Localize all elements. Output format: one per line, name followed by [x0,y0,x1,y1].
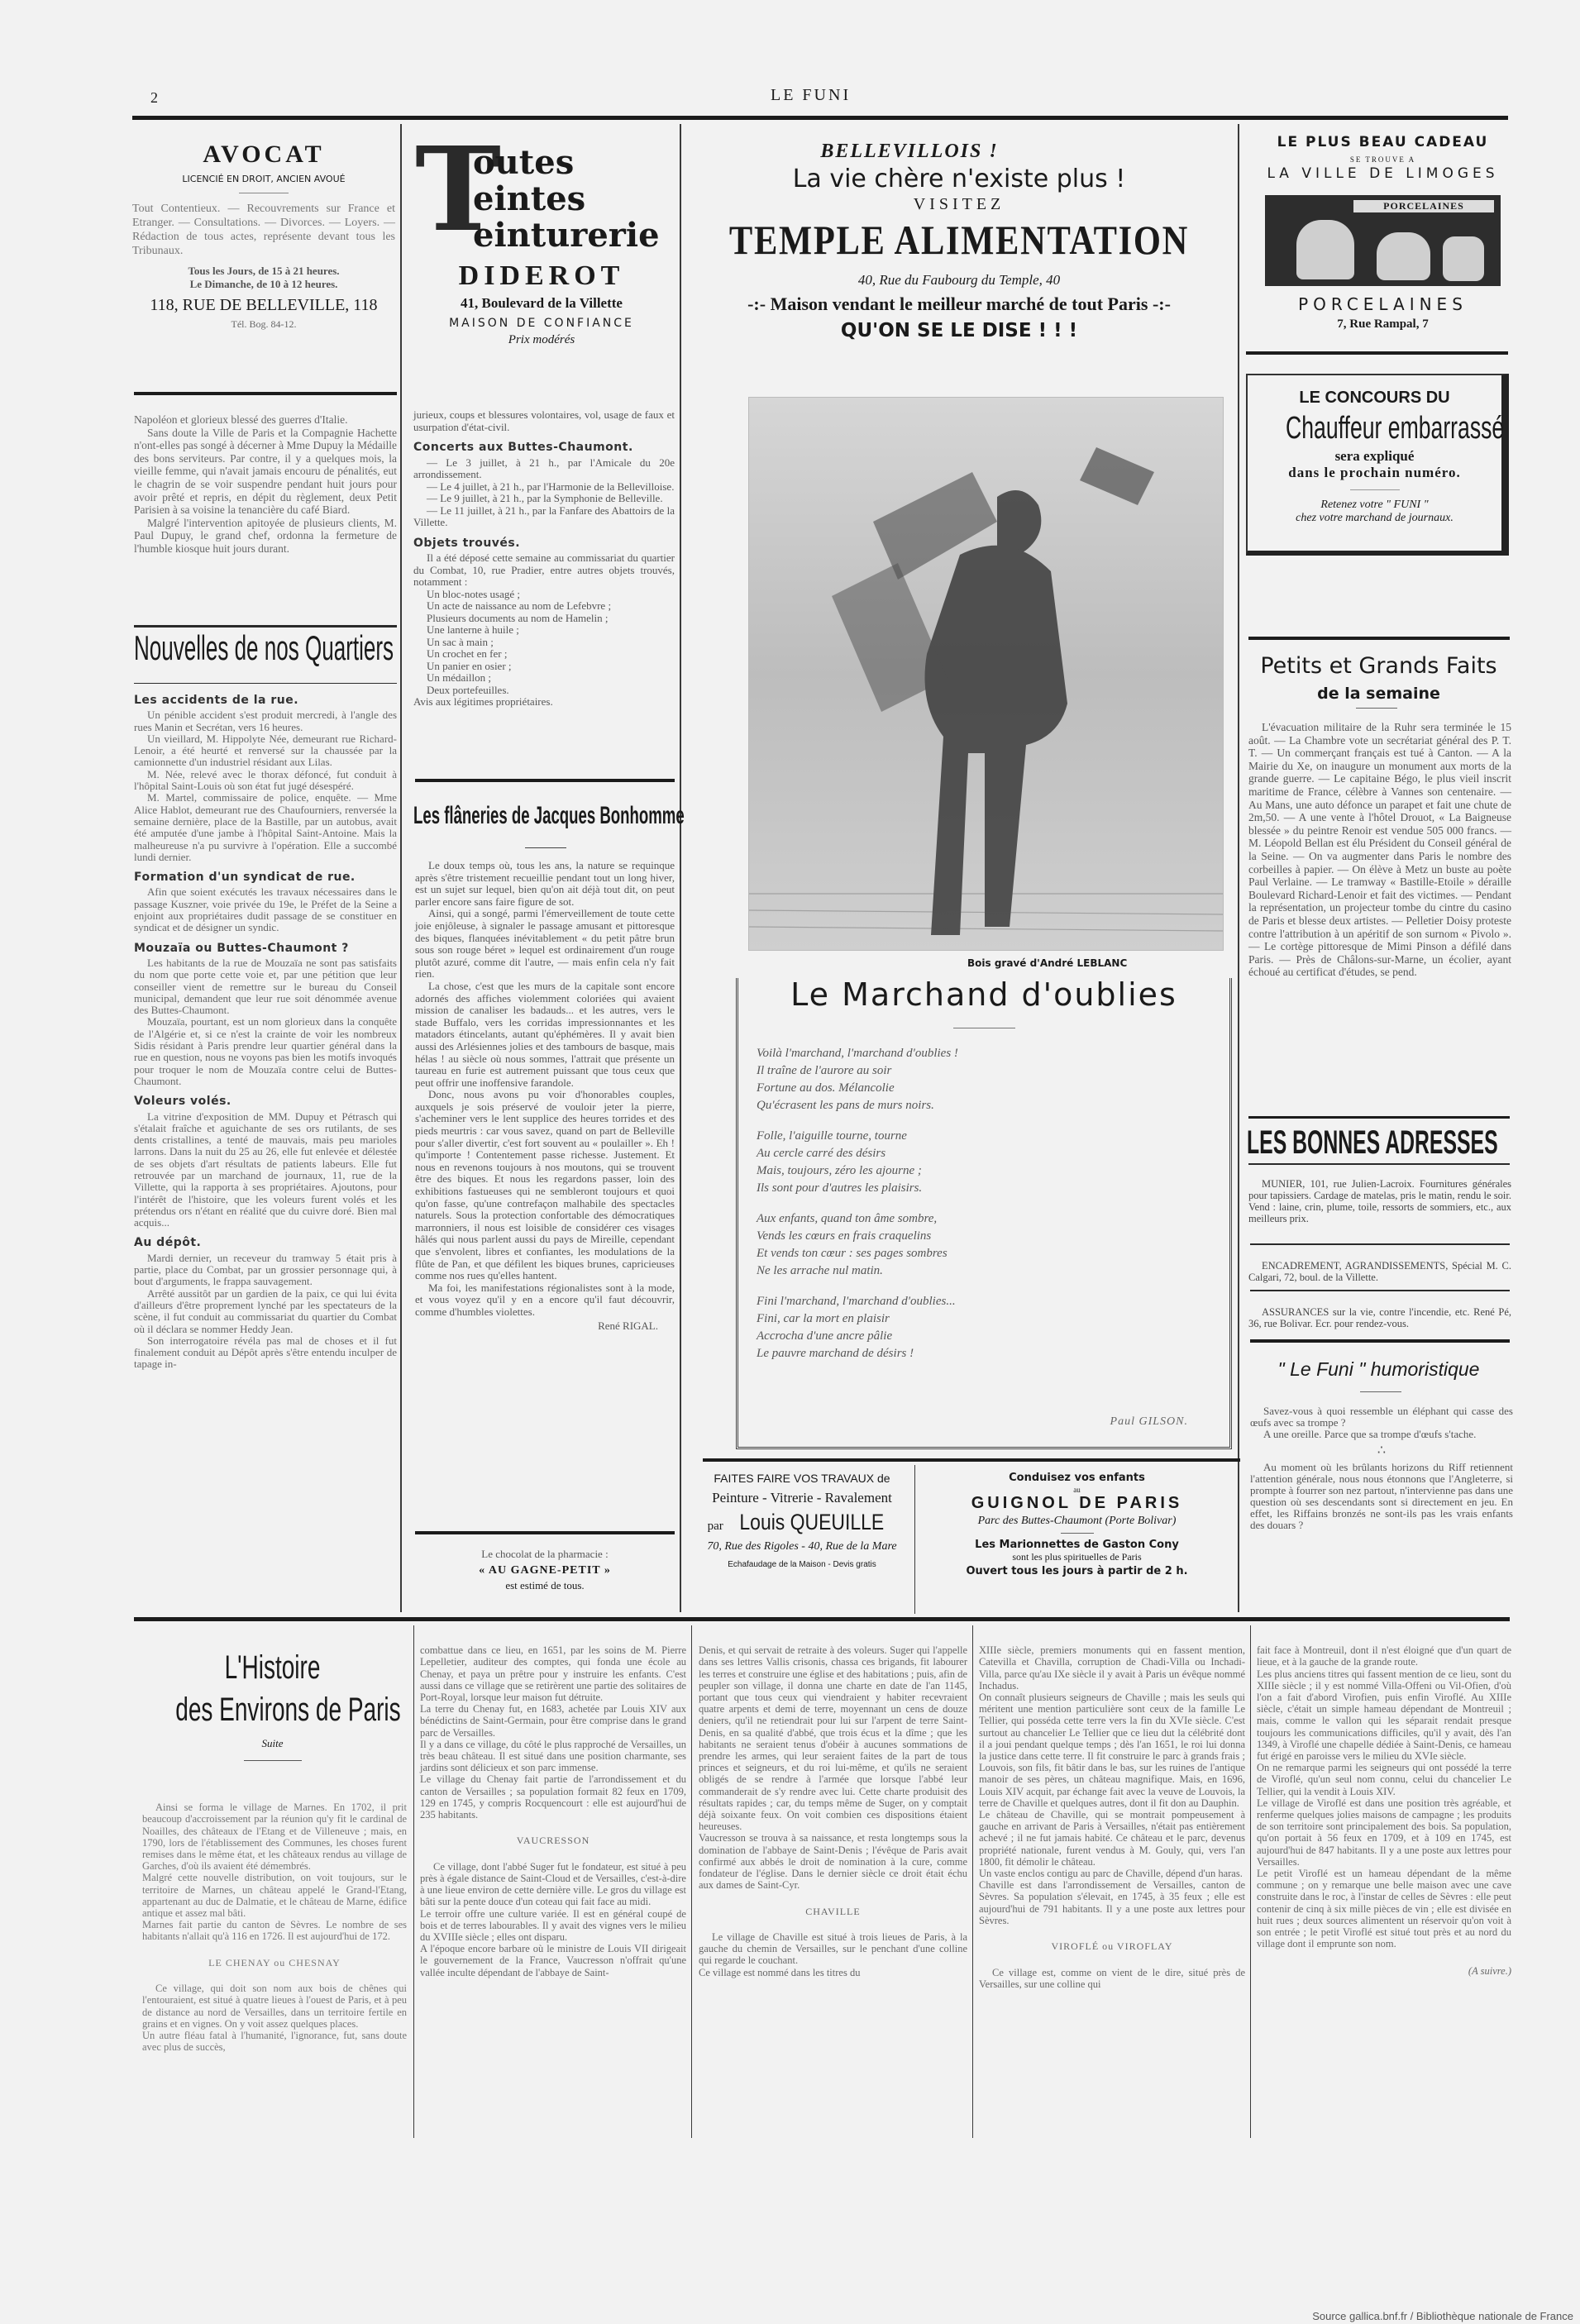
paragraph: Denis, et qui servait de retraite à des … [699,1644,967,1891]
paragraph: Afin que soient exécutés les travaux néc… [134,886,397,933]
adresse-text: ASSURANCES sur la vie, contre l'incendie… [1248,1306,1511,1329]
limoges-line-3: LA VILLE DE LIMOGES [1240,165,1525,182]
woodcut-illustration [748,397,1224,951]
column-divider [680,124,681,1612]
teinturerie-address: 41, Boulevard de la Villette [405,295,678,312]
poem-stanza: Aux enfants, quand ton âme sombre, Vends… [757,1210,1229,1280]
subheading: Les accidents de la rue. [134,694,397,706]
queuille-line-1: FAITES FAIRE VOS TRAVAUX de [690,1472,914,1485]
section-rule [1248,637,1510,640]
limoges-ad: LE PLUS BEAU CADEAU SE TROUVE A LA VILLE… [1240,134,1525,332]
section-rule [415,779,675,782]
paragraph: La chose, c'est que les murs de la capit… [415,981,675,1089]
concours-line-3: dans le prochain numéro. [1248,465,1501,481]
poem-line: Folle, l'aiguille tourne, tourne [757,1128,1229,1145]
teinturerie-line-1: outes [473,145,660,181]
divider [1061,1533,1094,1534]
nouvelles-title: Nouvelles de nos Quartiers [134,628,397,668]
poem-line: Et vends ton cœur : ses pages sombres [757,1245,1229,1262]
concours-box: LE CONCOURS DU Chauffeur embarrassé sera… [1246,374,1509,556]
histoire-column-3: Denis, et qui servait de retraite à des … [699,1633,967,1990]
poem-line: Il traîne de l'aurore au soir [757,1062,1229,1080]
avocat-ad: AVOCAT LICENCIÉ EN DROIT, ANCIEN AVOUÉ T… [132,141,395,331]
temple-slogan: -:- Maison vendant le meilleur marché de… [686,293,1232,315]
porcelain-image: PORCELAINES [1265,195,1501,286]
column-divider [1238,124,1239,1612]
newspaper-page: 2 LE FUNI AVOCAT LICENCIÉ EN DROIT, ANCI… [0,0,1580,2324]
section-rule [1250,1243,1510,1245]
histoire-column-4: XIIIe siècle, premiers monuments qui en … [979,1633,1245,2002]
section-rule [415,1531,675,1534]
poem-line: Au cercle carré des désirs [757,1145,1229,1162]
poem-line: Le pauvre marchand de désirs ! [757,1345,1229,1362]
poem-line: Qu'écrasent les pans de murs noirs. [757,1097,1229,1114]
sugar-bowl-icon [1377,232,1430,280]
poem-line: Accrocha d'une ancre pâlie [757,1328,1229,1345]
concert-item: — Le 4 juillet, à 21 h., par l'Harmonie … [413,481,675,494]
section-rule [1250,1339,1510,1343]
flaneries-body: Le doux temps où, tous les ans, la natur… [415,860,675,1332]
column-divider [914,1465,915,1614]
column-divider [1250,1625,1251,2138]
paragraph: Les habitants de la rue de Mouzaïa ne so… [134,957,397,1016]
flaneries-title: Les flâneries de Jacques Bonhomme [413,802,678,830]
merchant-figure-icon [749,398,1224,951]
adresse-text: MUNIER, 101, rue Julien-Lacroix. Fournit… [1248,1178,1511,1224]
teinturerie-prices: Prix modérés [405,333,678,347]
paragraph: Ce village, dont l'abbé Suger fut le fon… [420,1861,686,1978]
chocolat-ad: Le chocolat de la pharmacie : « AU GAGNE… [415,1548,675,1592]
petits-faits-body: L'évacuation militaire de la Ruhr sera t… [1248,721,1511,979]
queuille-address: 70, Rue des Rigoles - 40, Rue de la Mare [690,1540,914,1553]
section-rule [1246,351,1508,355]
paragraph: Mardi dernier, un receveur du tramway 5 … [134,1253,397,1288]
to-be-continued: (A suivre.) [1257,1965,1511,1977]
limoges-line-2: SE TROUVE A [1240,155,1525,164]
header-rule [132,116,1508,120]
queuille-name: Louis QUEUILLE [739,1510,884,1535]
teinturerie-name: DIDEROT [405,260,678,292]
divider [1360,1391,1401,1392]
divider [239,193,289,193]
porcelain-label: PORCELAINES [1353,200,1494,212]
paragraph: Il a été déposé cette semaine au commiss… [413,552,675,589]
paragraph: Ainsi se forma le village de Marnes. En … [142,1801,407,1942]
concert-item: — Le 11 juillet, à 21 h., par la Fanfare… [413,505,675,529]
humor-title: " Le Funi " humoristique [1244,1358,1513,1381]
section-rule [134,1617,1510,1621]
poem-line: Ils sont pour d'autres les plaisirs. [757,1180,1229,1197]
section-rule [134,683,397,684]
found-object-item: Plusieurs documents au nom de Hamelin ; [413,613,675,625]
petits-faits-title: Petits et Grands Faits [1244,653,1513,679]
paragraph: Le doux temps où, tous les ans, la natur… [415,860,675,908]
chocolat-name: « AU GAGNE-PETIT » [415,1564,675,1577]
paragraph: Son interrogatoire révéla pas mal de cho… [134,1335,397,1371]
adresse-2: ENCADREMENT, AGRANDISSEMENTS, Spécial M.… [1248,1260,1511,1283]
guignol-ad: Conduisez vos enfants au GUIGNOL DE PARI… [918,1472,1236,1577]
histoire-suite: Suite [134,1737,411,1750]
subheading: Concerts aux Buttes-Chaumont. [413,441,675,454]
humor-joke-2: Au moment où les brûlants horizons du Ri… [1250,1462,1513,1531]
guignol-hours: Ouvert tous les jours à partir de 2 h. [918,1565,1236,1577]
subheading: Au dépôt. [134,1237,397,1248]
temple-name: TEMPLE ALIMENTATION [728,216,1191,264]
histoire-column-5: fait face à Montreuil, dont il n'est élo… [1257,1633,1511,1988]
paragraph: Sans doute la Ville de Paris et la Compa… [134,427,397,517]
found-object-item: Deux portefeuilles. [413,685,675,697]
paragraph: Malgré l'intervention apitoyée de plusie… [134,517,397,556]
teinturerie-line-2: eintes [473,181,660,217]
histoire-title: L'Histoire des Environs de Paris Suite [134,1649,411,1761]
queuille-footer: Echafaudage de la Maison - Devis gratis [690,1560,914,1569]
avocat-hours-1: Tous les Jours, de 15 à 21 heures. [132,265,395,278]
bonnes-adresses-title: LES BONNES ADRESSES [1247,1124,1511,1162]
paragraph: Avis aux légitimes propriétaires. [413,696,675,709]
found-object-item: Un crochet en fer ; [413,648,675,661]
page-number: 2 [150,89,158,107]
concours-title: Chauffeur embarrassé [1286,411,1463,446]
column-2: jurieux, coups et blessures volontaires,… [413,409,675,709]
queuille-name-row: par Louis QUEUILLE [690,1510,914,1535]
histoire-column-2: combattue dans ce lieu, en 1651, par les… [420,1633,686,1990]
found-object-item: Une lanterne à huile ; [413,624,675,637]
bonnes-adresses-title-text: LES BONNES ADRESSES [1247,1124,1411,1162]
subheading: Objets trouvés. [413,537,675,550]
poem-stanza: Folle, l'aiguille tourne, tourne Au cerc… [757,1128,1229,1197]
paragraph: Ma foi, les manifestations régionalistes… [415,1282,675,1319]
flaneries-title-text: Les flâneries de Jacques Bonhomme [413,802,577,830]
avocat-address: 118, RUE DE BELLEVILLE, 118 [132,296,395,315]
teapot-icon [1296,220,1354,279]
poem-line: Fortune au dos. Mélancolie [757,1080,1229,1097]
poem-title: Le Marchand d'oublies [738,976,1229,1013]
chocolat-line-1: Le chocolat de la pharmacie : [415,1548,675,1561]
temple-line-2: La vie chère n'existe plus ! [686,165,1232,193]
limoges-address: 7, Rue Rampal, 7 [1240,317,1525,332]
nouvelles-title-text: Nouvelles de nos Quartiers [134,628,297,668]
petits-faits-text: L'évacuation militaire de la Ruhr sera t… [1248,721,1511,979]
avocat-hours-2: Le Dimanche, de 10 à 12 heures. [132,278,395,291]
humor-joke-1: Savez-vous à quoi ressemble un éléphant … [1250,1405,1513,1429]
paragraph: Ce village, qui doit son nom aux bois de… [142,1983,407,2053]
paragraph: fait face à Montreuil, dont il n'est élo… [1257,1644,1511,1949]
concours-footer-1: Retenez votre " FUNI " [1248,499,1501,512]
histoire-column-1: Ainsi se forma le village de Marnes. En … [142,1790,407,2065]
poem-author: Paul GILSON. [1110,1415,1188,1429]
found-object-item: Un sac à main ; [413,637,675,649]
section-rule [1250,1290,1510,1291]
paragraph: Un vieillard, M. Hippolyte Née, demeuran… [134,733,397,769]
temple-closing: QU'ON SE LE DISE ! ! ! [686,320,1232,341]
subheading: Formation d'un syndicat de rue. [134,871,397,883]
avocat-subtitle: LICENCIÉ EN DROIT, ANCIEN AVOUÉ [132,174,395,184]
section-rule [703,1458,1240,1462]
found-object-item: Un bloc-notes usagé ; [413,589,675,601]
column-1-news: Les accidents de la rue. Un pénible acci… [134,694,397,1371]
concert-item: — Le 3 juillet, à 21 h., par l'Amicale d… [413,457,675,481]
separator-dots: ∴ [1250,1445,1513,1457]
adresse-1: MUNIER, 101, rue Julien-Lacroix. Fournit… [1248,1178,1511,1224]
teinturerie-line-3: einturerie [473,217,660,254]
humor-joke-1-answer: A une oreille. Parce que sa trompe d'œuf… [1250,1429,1513,1440]
paragraph: XIIIe siècle, premiers monuments qui en … [979,1644,1245,1926]
poem-body: Voilà l'marchand, l'marchand d'oublies !… [738,1045,1229,1362]
column-divider [691,1625,692,2138]
section-rule [1248,1116,1510,1119]
concert-item: — Le 9 juillet, à 21 h., par la Symphoni… [413,493,675,505]
divider [1356,708,1397,709]
guignol-place: Parc des Buttes-Chaumont (Porte Bolivar) [918,1515,1236,1528]
paragraph: Un pénible accident s'est produit mercre… [134,709,397,733]
guignol-line-4: sont les plus spirituelles de Paris [918,1551,1236,1563]
poem-line: Mais, toujours, zéro les ajourne ; [757,1162,1229,1180]
creamer-icon [1443,236,1484,281]
subheading: Mouzaïa ou Buttes-Chaumont ? [134,942,397,954]
place-heading: VIROFLÉ ou VIROFLAY [979,1940,1245,1952]
paragraph: M. Martel, commissaire de police, enquêt… [134,792,397,863]
avocat-body: Tout Contentieux. — Recouvrements sur Fr… [132,202,395,258]
limoges-name: PORCELAINES [1240,294,1525,314]
guignol-line-2: au [918,1486,1236,1494]
divider [1350,489,1400,490]
histoire-title-line-2: des Environs de Paris [175,1692,370,1729]
source-attribution: Source gallica.bnf.fr / Bibliothèque nat… [1312,2310,1573,2322]
paragraph: Le village de Chaville est situé à trois… [699,1931,967,1978]
paragraph: Ce village est, comme on vient de le dir… [979,1967,1245,1990]
found-object-item: Un médaillon ; [413,672,675,685]
temple-slogan-text: Maison vendant le meilleur marché de tou… [771,293,1148,314]
humor-body: Savez-vous à quoi ressemble un éléphant … [1250,1405,1513,1531]
paragraph: jurieux, coups et blessures volontaires,… [413,409,675,433]
chocolat-line-2: est estimé de tous. [415,1579,675,1592]
poem-line: Fini, car la mort en plaisir [757,1310,1229,1328]
poem-line: Fini l'marchand, l'marchand d'oublies... [757,1293,1229,1310]
poem-line: Aux enfants, quand ton âme sombre, [757,1210,1229,1228]
guignol-line-1: Conduisez vos enfants [918,1472,1236,1484]
temple-line-3: VISITEZ [686,195,1232,214]
avocat-phone: Tél. Bog. 84-12. [132,318,395,331]
poem-line: Voilà l'marchand, l'marchand d'oublies ! [757,1045,1229,1062]
histoire-title-line-1: L'Histoire [175,1649,370,1687]
found-object-item: Un panier en osier ; [413,661,675,673]
concours-line-2: sera expliqué [1248,448,1501,465]
decor-ornament: -:- [1148,293,1170,314]
found-object-item: Un acte de naissance au nom de Lefebvre … [413,600,675,613]
column-divider [413,1625,414,2138]
column-1: Napoléon et glorieux blessé des guerres … [134,413,397,556]
queuille-line-2: Peinture - Vitrerie - Ravalement [690,1490,914,1506]
place-heading: CHAVILLE [699,1906,967,1917]
paragraph: Mouzaïa, pourtant, est un nom glorieux d… [134,1016,397,1087]
petits-faits-subtitle: de la semaine [1244,685,1513,703]
poem-stanza: Fini l'marchand, l'marchand d'oublies...… [757,1293,1229,1362]
paragraph: Arrêté aussitôt par un gardien de la pai… [134,1288,397,1335]
woodcut-caption: Bois gravé d'André LEBLANC [967,957,1127,969]
subheading: Voleurs volés. [134,1095,397,1107]
guignol-name: GUIGNOL DE PARIS [918,1494,1236,1513]
paragraph: La vitrine d'exposition de MM. Dupuy et … [134,1111,397,1229]
column-divider [400,124,402,1612]
divider [525,847,566,848]
teinturerie-tagline: MAISON DE CONFIANCE [405,317,678,330]
section-rule [134,625,397,628]
queuille-ad: FAITES FAIRE VOS TRAVAUX de Peinture - V… [690,1472,914,1569]
place-heading: VAUCRESSON [420,1835,686,1846]
paragraph: Ainsi, qui a songé, parmi l'émerveilleme… [415,908,675,981]
section-rule [1248,1163,1510,1165]
place-heading: LE CHENAY ou CHESNAY [142,1957,407,1968]
poem-line: Vends les cœurs en frais craquelins [757,1228,1229,1245]
concours-line-1: LE CONCOURS DU [1248,389,1501,408]
author-signature: René RIGAL. [415,1320,658,1333]
guignol-line-3: Les Marionnettes de Gaston Cony [918,1539,1236,1551]
newspaper-title: LE FUNI [771,86,851,105]
avocat-title: AVOCAT [132,141,395,169]
adresse-3: ASSURANCES sur la vie, contre l'incendie… [1248,1306,1511,1329]
paragraph: M. Née, relevé avec le thorax défoncé, f… [134,769,397,793]
temple-line-1: BELLEVILLOIS ! [686,141,1133,163]
poem-line: Ne les arrache nul matin. [757,1262,1229,1280]
adresse-text: ENCADREMENT, AGRANDISSEMENTS, Spécial M.… [1248,1260,1511,1283]
temple-ad: BELLEVILLOIS ! La vie chère n'existe plu… [686,141,1232,341]
section-rule [134,392,397,395]
decor-ornament: -:- [747,293,770,314]
temple-address: 40, Rue du Faubourg du Temple, 40 [686,272,1232,289]
poem-box: Le Marchand d'oublies Voilà l'marchand, … [736,978,1232,1449]
divider [244,1760,302,1761]
concours-footer-2: chez votre marchand de journaux. [1248,512,1501,525]
limoges-line-1: LE PLUS BEAU CADEAU [1240,134,1525,150]
paragraph: Donc, nous avons pu voir d'honorables co… [415,1089,675,1282]
column-divider [972,1625,973,2138]
queuille-by: par [708,1520,723,1533]
paragraph: Napoléon et glorieux blessé des guerres … [134,413,397,427]
poem-stanza: Voilà l'marchand, l'marchand d'oublies !… [757,1045,1229,1114]
paragraph: combattue dans ce lieu, en 1651, par les… [420,1644,686,1821]
divider [953,1028,1015,1028]
